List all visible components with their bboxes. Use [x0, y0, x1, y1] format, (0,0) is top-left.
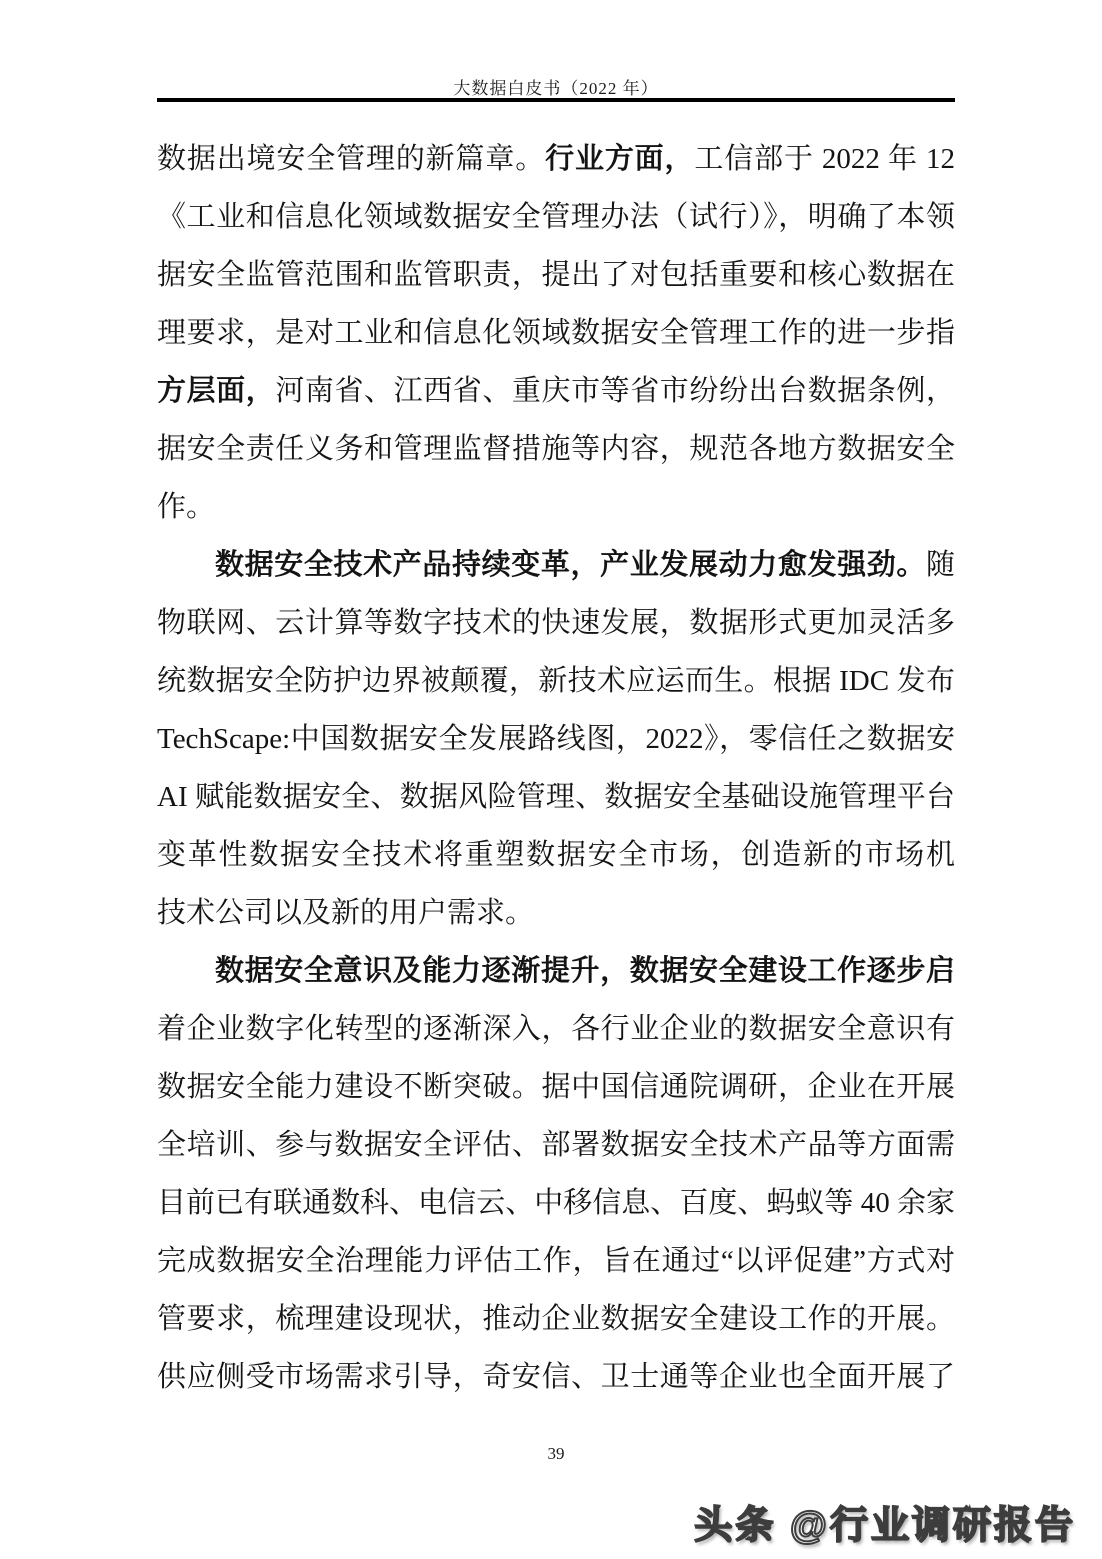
line-text-bold: 方层面， — [157, 375, 275, 407]
line-text: 技术公司以及新的用户需求。 — [157, 897, 534, 929]
text-line: 着企业数字化转型的逐渐深入，各行业企业的数据安全意识有效提升， — [157, 1000, 955, 1058]
text-line: 物联网、云计算等数字技术的快速发展，数据形式更加灵活多样，传 — [157, 594, 955, 652]
line-text: 河南省、江西省、重庆市等省市纷纷出台数据条例，明确数 — [157, 375, 955, 420]
line-text: 据安全责任义务和管理监督措施等内容，规范各地方数据安全建设工 — [157, 433, 955, 478]
text-line: 统数据安全防护边界被颠覆，新技术应运而生。根据 IDC 发布的《IDC — [157, 652, 955, 710]
line-text: 数据出境安全管理的新篇章。 — [157, 143, 545, 175]
text-line: 供应侧受市场需求引导，奇安信、卫士通等企业也全面开展了数据安 — [157, 1348, 955, 1406]
text-line: 全培训、参与数据安全评估、部署数据安全技术产品等方面需求旺盛。 — [157, 1116, 955, 1174]
watermark-text: 头条 @行业调研报告 — [694, 1494, 1076, 1549]
line-text: 数据安全能力建设不断突破。据中国信通院调研，企业在开展数据安 — [157, 1071, 955, 1116]
text-line: 据安全责任义务和管理监督措施等内容，规范各地方数据安全建设工 — [157, 420, 955, 478]
line-text: 管要求，梳理建设现状，推动企业数据安全建设工作的开展。同时， — [157, 1303, 955, 1348]
text-line: 理要求，是对工业和信息化领域数据安全管理工作的进一步指导。地 — [157, 304, 955, 362]
page-number: 39 — [157, 1444, 955, 1464]
text-line: 变革性数据安全技术将重塑数据安全市场，创造新的市场机会、新的 — [157, 826, 955, 884]
line-text: 目前已有联通数科、电信云、中移信息、百度、蚂蚁等 40 余家企业 — [157, 1187, 955, 1232]
line-text: 供应侧受市场需求引导，奇安信、卫士通等企业也全面开展了数据安 — [157, 1361, 955, 1406]
line-text-bold: 数据安全意识及能力逐渐提升，数据安全建设工作逐步启动。 — [157, 955, 955, 1000]
document-body: 数据出境安全管理的新篇章。行业方面，工信部于 2022 年 12 月印发 《工业… — [157, 130, 955, 1406]
text-line: 方层面，河南省、江西省、重庆市等省市纷纷出台数据条例，明确数 — [157, 362, 955, 420]
paragraph: 数据出境安全管理的新篇章。行业方面，工信部于 2022 年 12 月印发 《工业… — [157, 130, 955, 536]
page-header-title: 大数据白皮书（2022 年） — [157, 74, 955, 99]
line-text-bold: 数据安全技术产品持续变革，产业发展动力愈发强劲。 — [215, 549, 926, 581]
text-line: 目前已有联通数科、电信云、中移信息、百度、蚂蚁等 40 余家企业 — [157, 1174, 955, 1232]
line-text: 统数据安全防护边界被颠覆，新技术应运而生。根据 IDC 发布的《IDC — [157, 665, 955, 710]
text-line: 数据安全能力建设不断突破。据中国信通院调研，企业在开展数据安 — [157, 1058, 955, 1116]
document-page: 大数据白皮书（2022 年） 数据出境安全管理的新篇章。行业方面，工信部于 20… — [0, 0, 1102, 1559]
text-line: TechScape:中国数据安全发展路线图，2022》，零信任之数据安全、 — [157, 710, 955, 768]
line-text: TechScape:中国数据安全发展路线图，2022》，零信任之数据安全、 — [157, 723, 955, 768]
paragraph: 数据安全意识及能力逐渐提升，数据安全建设工作逐步启动。随 着企业数字化转型的逐渐… — [157, 942, 955, 1406]
line-text: 作。 — [157, 491, 215, 523]
line-text: 全培训、参与数据安全评估、部署数据安全技术产品等方面需求旺盛。 — [157, 1129, 955, 1174]
text-line: 数据安全技术产品持续变革，产业发展动力愈发强劲。随着 5G、 — [157, 536, 955, 594]
line-text: 完成数据安全治理能力评估工作，旨在通过“以评促建”方式对标监 — [157, 1245, 955, 1290]
paragraph: 数据安全技术产品持续变革，产业发展动力愈发强劲。随着 5G、 物联网、云计算等数… — [157, 536, 955, 942]
text-line: 技术公司以及新的用户需求。 — [157, 884, 955, 942]
line-text: 变革性数据安全技术将重塑数据安全市场，创造新的市场机会、新的 — [157, 839, 955, 884]
text-line: 完成数据安全治理能力评估工作，旨在通过“以评促建”方式对标监 — [157, 1232, 955, 1290]
line-text: 着企业数字化转型的逐渐深入，各行业企业的数据安全意识有效提升， — [157, 1013, 955, 1058]
line-text: AI 赋能数据安全、数据风险管理、数据安全基础设施管理平台等 9 项 — [157, 781, 955, 826]
header-divider-rule — [157, 98, 955, 102]
line-text: 据安全监管范围和监管职责，提出了对包括重要和核心数据在内的管 — [157, 259, 955, 304]
line-text: 《工业和信息化领域数据安全管理办法（试行）》，明确了本领域数 — [157, 201, 955, 246]
text-line: AI 赋能数据安全、数据风险管理、数据安全基础设施管理平台等 9 项 — [157, 768, 955, 826]
text-line: 数据安全意识及能力逐渐提升，数据安全建设工作逐步启动。随 — [157, 942, 955, 1000]
line-text: 理要求，是对工业和信息化领域数据安全管理工作的进一步指导。 — [157, 317, 955, 362]
text-line: 作。 — [157, 478, 955, 536]
text-line: 《工业和信息化领域数据安全管理办法（试行）》，明确了本领域数 — [157, 188, 955, 246]
text-line: 数据出境安全管理的新篇章。行业方面，工信部于 2022 年 12 月印发 — [157, 130, 955, 188]
line-text: 物联网、云计算等数字技术的快速发展，数据形式更加灵活多样，传 — [157, 607, 955, 652]
text-line: 据安全监管范围和监管职责，提出了对包括重要和核心数据在内的管 — [157, 246, 955, 304]
line-text-bold: 行业方面， — [545, 143, 694, 175]
text-line: 管要求，梳理建设现状，推动企业数据安全建设工作的开展。同时， — [157, 1290, 955, 1348]
